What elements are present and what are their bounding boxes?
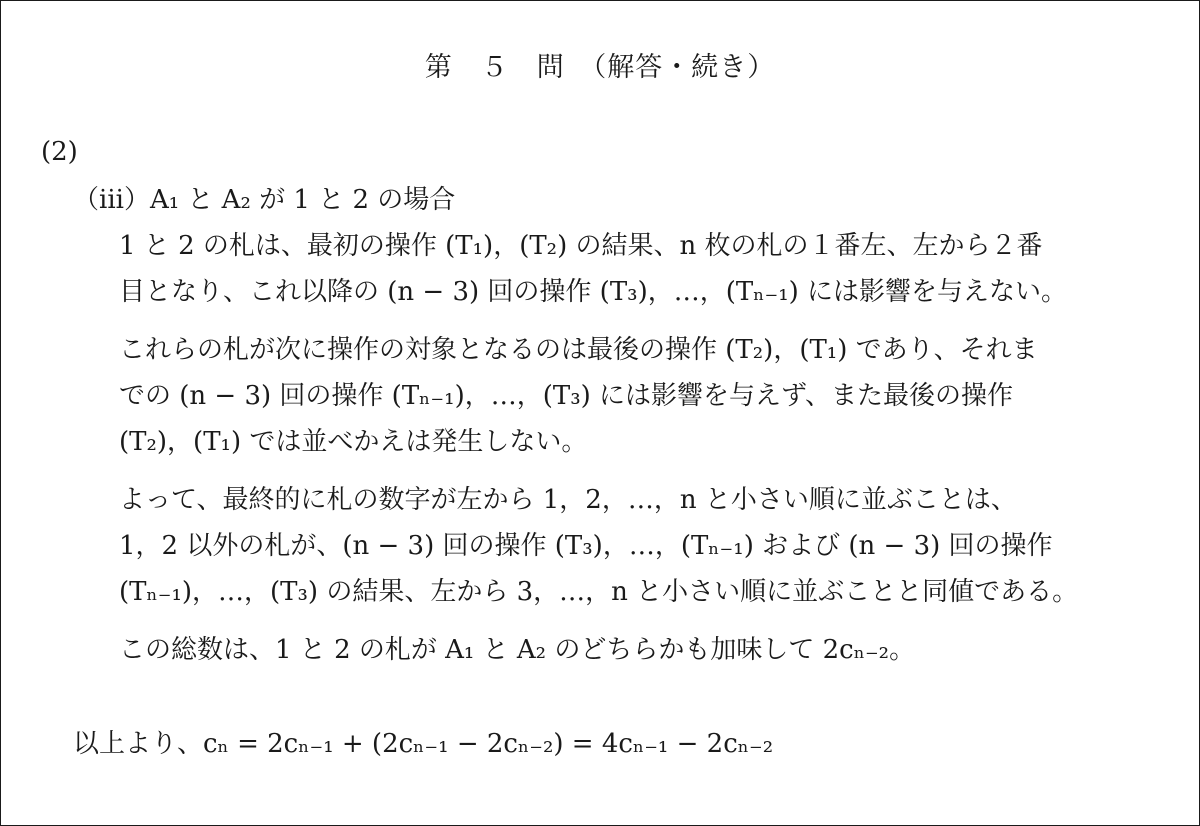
section-label: (2): [41, 135, 78, 169]
paragraph-1-line-2: 目となり、これ以降の (n − 3) 回の操作 (T₃)，…，(Tₙ₋₁) には…: [119, 275, 1067, 309]
paragraph-3-line-3: (Tₙ₋₁)，…，(T₃) の結果、左から 3，…，n と小さい順に並ぶことと同…: [119, 575, 1078, 609]
paragraph-2-line-1: これらの札が次に操作の対象となるのは最後の操作 (T₂)，(T₁) であり、それ…: [119, 333, 1038, 367]
conclusion-formula: 以上より、cₙ = 2cₙ₋₁ + (2cₙ₋₁ − 2cₙ₋₂) = 4cₙ₋…: [73, 727, 773, 761]
paragraph-3-line-2: 1，2 以外の札が、(n − 3) 回の操作 (T₃)，…，(Tₙ₋₁) および…: [119, 529, 1053, 563]
case-heading: （iii）A₁ と A₂ が 1 と 2 の場合: [73, 183, 455, 217]
paragraph-4-line-1: この総数は、1 と 2 の札が A₁ と A₂ のどちらかも加味して 2cₙ₋₂…: [119, 633, 915, 667]
answer-page: 第 ５ 問 （解答・続き） (2) （iii）A₁ と A₂ が 1 と 2 の…: [0, 0, 1200, 826]
paragraph-2-line-2: での (n − 3) 回の操作 (Tₙ₋₁)，…，(T₃) には影響を与えず、ま…: [119, 379, 1013, 413]
case-text: A₁ と A₂ が 1 と 2 の場合: [150, 185, 455, 215]
case-prefix: （iii）: [73, 185, 150, 215]
paragraph-2-line-3: (T₂)，(T₁) では並べかえは発生しない。: [119, 425, 587, 459]
paragraph-1-line-1: 1 と 2 の札は、最初の操作 (T₁)，(T₂) の結果、n 枚の札の１番左、…: [119, 229, 1043, 263]
page-title: 第 ５ 問 （解答・続き）: [1, 45, 1199, 84]
paragraph-3-line-1: よって、最終的に札の数字が左から 1，2，…，n と小さい順に並ぶことは、: [119, 483, 1017, 517]
